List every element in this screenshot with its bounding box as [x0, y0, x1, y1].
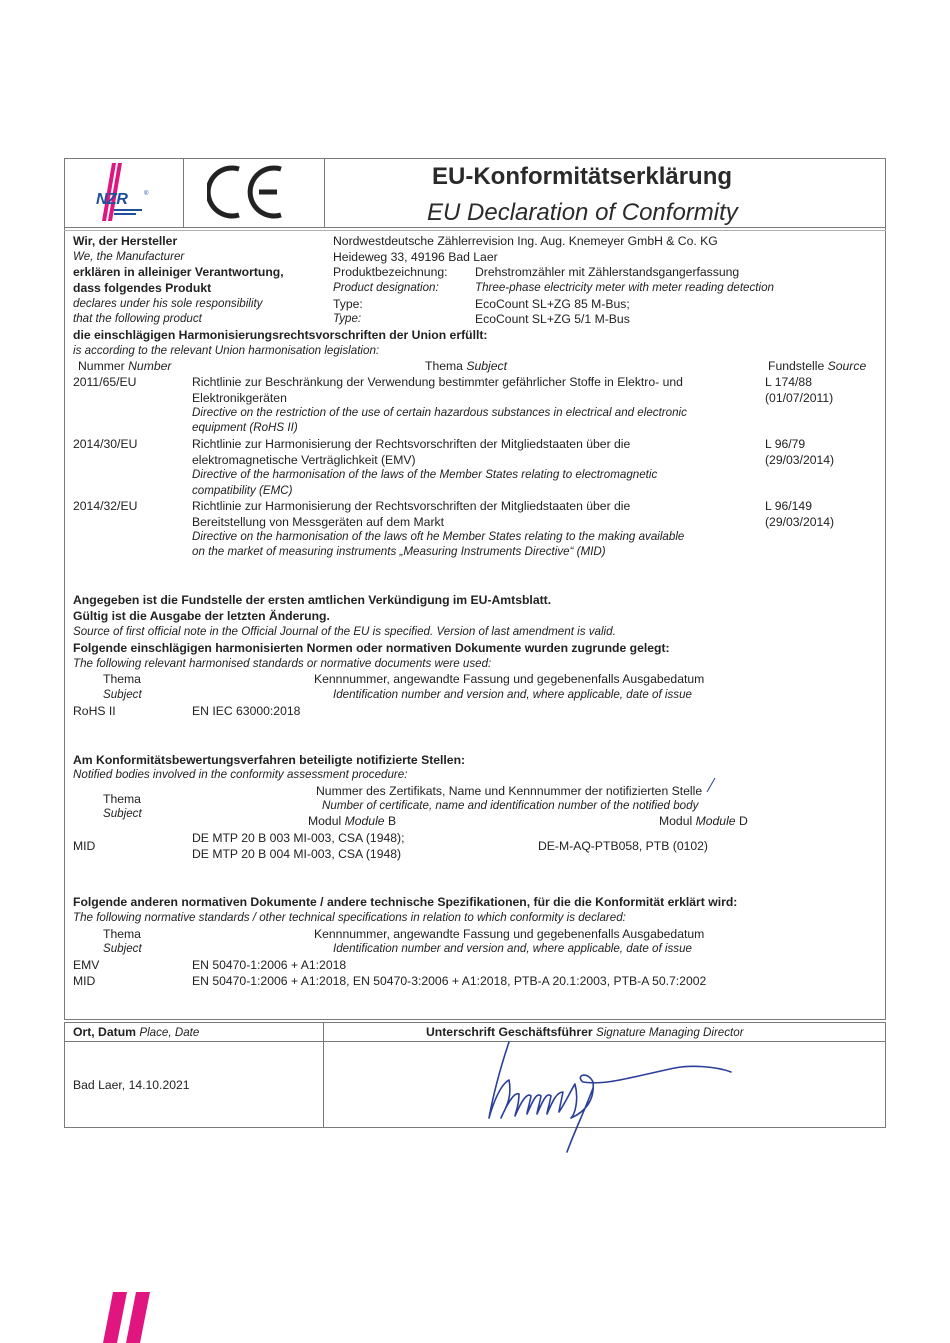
directive-row-3-source-1: L 96/149	[765, 499, 812, 513]
col-source-header: Fundstelle Source	[768, 359, 866, 373]
notified-row-1-module-b-2: DE MTP 20 B 004 MI-003, CSA (1948)	[192, 847, 401, 861]
notified-col-subject-en: Subject	[103, 807, 142, 820]
type-label-de: Type:	[333, 297, 363, 311]
page-subtitle: EU Declaration of Conformity	[427, 199, 738, 227]
harmonised-heading-de: Folgende einschlägigen harmonisierten No…	[73, 641, 670, 655]
type-label-en: Type:	[333, 312, 361, 325]
header-divider-2	[64, 230, 886, 231]
module-d-en: Module	[696, 814, 736, 828]
col-source-de: Fundstelle	[768, 359, 824, 373]
brand-slashes-icon	[100, 1290, 160, 1343]
legislation-en: is according to the relevant Union harmo…	[73, 344, 379, 357]
logo-divider	[183, 158, 184, 228]
header-divider	[64, 227, 886, 228]
declare-en-2: that the following product	[73, 312, 202, 325]
place-label-en: Place, Date	[139, 1026, 199, 1039]
col-number-header: Nummer Number	[78, 359, 171, 373]
other-docs-col-subject-de: Thema	[103, 927, 141, 941]
pen-tick-mark-icon	[705, 777, 717, 793]
harmonised-note-de-2: Gültig ist die Ausgabe der letzten Änder…	[73, 609, 330, 623]
product-value-en: Three-phase electricity meter with meter…	[475, 281, 774, 294]
col-number-en: Number	[128, 359, 171, 373]
notified-heading-en: Notified bodies involved in the conformi…	[73, 768, 407, 781]
directive-row-2-number: 2014/30/EU	[73, 437, 137, 451]
col-subject-de: Thema	[425, 359, 463, 373]
directive-row-2-de-1: Richtlinie zur Harmonisierung der Rechts…	[192, 437, 630, 451]
directive-row-2-source-1: L 96/79	[765, 437, 805, 451]
product-value-de: Drehstromzähler mit Zählerstandsgangerfa…	[475, 265, 739, 279]
nzr-logo-text: NZR	[96, 191, 127, 209]
col-subject-en: Subject	[466, 359, 507, 373]
notified-row-1-module-d: DE-M-AQ-PTB058, PTB (0102)	[538, 839, 708, 853]
module-d-de: Modul	[659, 814, 692, 828]
module-d-letter: D	[739, 814, 748, 828]
ce-mark	[207, 163, 287, 224]
directive-row-3-number: 2014/32/EU	[73, 499, 137, 513]
signature-label-de: Unterschrift Geschäftsführer	[426, 1025, 593, 1039]
col-subject-header: Thema Subject	[425, 359, 507, 373]
legislation-de: die einschlägigen Harmonisierungsrechtsv…	[73, 328, 487, 342]
harmonised-heading-en: The following relevant harmonised standa…	[73, 657, 491, 670]
type-value-1: EcoCount SL+ZG 85 M-Bus;	[475, 297, 630, 311]
col-number-de: Nummer	[78, 359, 125, 373]
other-docs-row-2-subject: MID	[73, 974, 95, 988]
harmonised-row-1-subject: RoHS II	[73, 704, 116, 718]
declare-de-1: erklären in alleiniger Verantwortung,	[73, 265, 284, 279]
directive-row-3-de-2: Bereitstellung von Messgeräten auf dem M…	[192, 515, 444, 529]
product-label-de: Produktbezeichnung:	[333, 265, 448, 279]
manufacturer-label-en: We, the Manufacturer	[73, 250, 184, 263]
other-docs-col-subject-en: Subject	[103, 942, 142, 955]
declare-de-2: dass folgendes Produkt	[73, 281, 211, 295]
place-label-de: Ort, Datum	[73, 1025, 136, 1039]
signature-label: Unterschrift Geschäftsführer Signature M…	[426, 1025, 744, 1039]
directive-row-1-de-1: Richtlinie zur Beschränkung der Verwendu…	[192, 375, 683, 389]
other-docs-row-1-value: EN 50470-1:2006 + A1:2018	[192, 958, 346, 972]
type-value-2: EcoCount SL+ZG 5/1 M-Bus	[475, 312, 630, 326]
declare-en-1: declares under his sole responsibility	[73, 297, 262, 310]
ce-divider	[324, 158, 325, 228]
module-b-de: Modul	[308, 814, 341, 828]
signature-box-column-divider	[323, 1022, 324, 1128]
directive-row-2-en-1: Directive of the harmonisation of the la…	[192, 468, 657, 481]
harmonised-note-en: Source of first official note in the Off…	[73, 625, 616, 638]
directive-row-3-en-1: Directive on the harmonisation of the la…	[192, 530, 684, 543]
notified-col-subject-de: Thema	[103, 792, 141, 806]
registered-mark: ®	[144, 191, 148, 197]
other-docs-heading-en: The following normative standards / othe…	[73, 911, 626, 924]
directive-row-2-source-2: (29/03/2014)	[765, 453, 834, 467]
other-docs-row-2-value: EN 50470-1:2006 + A1:2018, EN 50470-3:20…	[192, 974, 706, 988]
other-docs-col-id-de: Kennnummer, angewandte Fassung und gegeb…	[314, 927, 704, 941]
harmonised-col-subject-de: Thema	[103, 672, 141, 686]
nzr-logo: NZR ®	[92, 161, 154, 223]
col-source-en: Source	[828, 359, 867, 373]
directive-row-3-source-2: (29/03/2014)	[765, 515, 834, 529]
directive-row-1-en-2: equipment (RoHS II)	[192, 421, 298, 434]
manufacturer-name: Nordwestdeutsche Zählerrevision Ing. Aug…	[333, 234, 718, 248]
directive-row-2-en-2: compatibility (EMC)	[192, 484, 293, 497]
harmonised-row-1-value: EN IEC 63000:2018	[192, 704, 300, 718]
other-docs-row-1-subject: EMV	[73, 958, 99, 972]
directive-row-1-source-2: (01/07/2011)	[765, 391, 833, 405]
other-docs-heading-de: Folgende anderen normativen Dokumente / …	[73, 895, 737, 909]
nzr-logo-subtext	[114, 209, 142, 211]
harmonised-col-id-en: Identification number and version and, w…	[333, 688, 692, 701]
module-b-header: Modul Module B	[308, 814, 396, 828]
notified-row-1-module-b-1: DE MTP 20 B 003 MI-003, CSA (1948);	[192, 831, 404, 845]
directive-row-1-en-1: Directive on the restriction of the use …	[192, 406, 687, 419]
product-label-en: Product designation:	[333, 281, 439, 294]
directive-row-3-de-1: Richtlinie zur Harmonisierung der Rechts…	[192, 499, 630, 513]
manufacturer-label-de: Wir, der Hersteller	[73, 234, 177, 248]
ce-mark-icon	[207, 163, 287, 221]
signature-icon	[475, 1040, 735, 1155]
directive-row-1-de-2: Elektronikgeräten	[192, 391, 287, 405]
notified-col-cert-de: Nummer des Zertifikats, Name und Kennnum…	[316, 784, 702, 798]
place-date-value: Bad Laer, 14.10.2021	[73, 1078, 190, 1092]
notified-col-cert-en: Number of certificate, name and identifi…	[322, 799, 698, 812]
manufacturer-address: Heideweg 33, 49196 Bad Laer	[333, 250, 498, 264]
module-b-en: Module	[345, 814, 385, 828]
notified-row-1-subject: MID	[73, 839, 95, 853]
page-title: EU-Konformitätserklärung	[432, 163, 732, 191]
module-b-letter: B	[388, 814, 396, 828]
directive-row-1-source-1: L 174/88	[765, 375, 812, 389]
notified-heading-de: Am Konformitätsbewertungsverfahren betei…	[73, 753, 465, 767]
directive-row-1-number: 2011/65/EU	[73, 375, 136, 389]
harmonised-col-subject-en: Subject	[103, 688, 142, 701]
directive-row-3-en-2: on the market of measuring instruments „…	[192, 545, 606, 558]
other-docs-col-id-en: Identification number and version and, w…	[333, 942, 692, 955]
harmonised-note-de-1: Angegeben ist die Fundstelle der ersten …	[73, 593, 551, 607]
module-d-header: Modul Module D	[659, 814, 748, 828]
directive-row-2-de-2: elektromagnetische Verträglichkeit (EMV)	[192, 453, 416, 467]
signature-label-en: Signature Managing Director	[596, 1026, 744, 1039]
nzr-logo-subtext-2	[114, 213, 136, 215]
harmonised-col-id-de: Kennnummer, angewandte Fassung und gegeb…	[314, 672, 704, 686]
place-date-label: Ort, Datum Place, Date	[73, 1025, 199, 1039]
